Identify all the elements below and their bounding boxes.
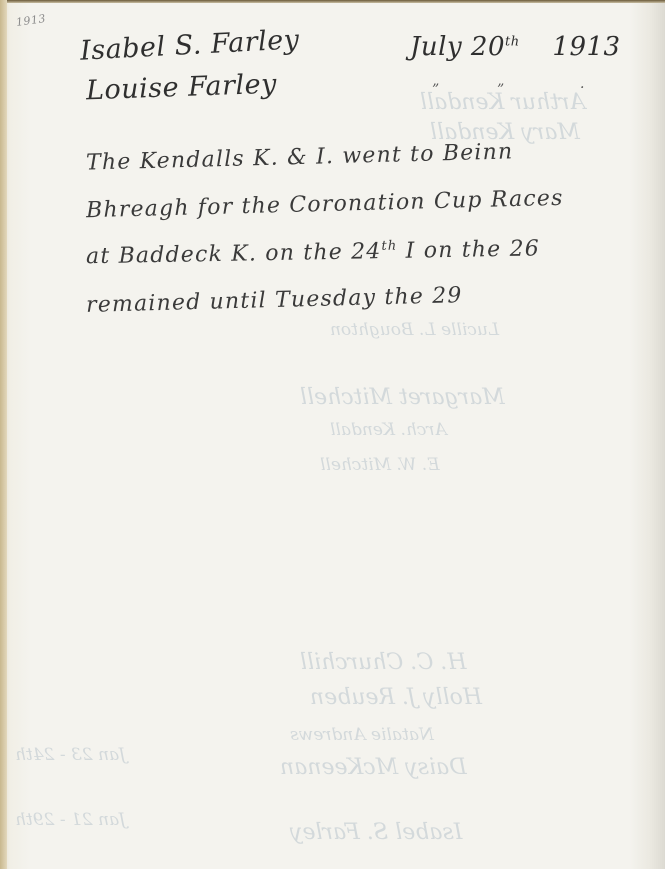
entry-line-4: remained until Tuesday the 29 xyxy=(86,283,463,318)
entry-line-3-b: I on the 26 xyxy=(397,236,540,263)
date-suffix: th xyxy=(505,34,520,49)
ditto-mark: · xyxy=(580,80,585,96)
bleed-through-text: Lucille L. Boughton xyxy=(330,320,499,340)
bleed-through-text: Jan 23 - 24th xyxy=(15,745,126,765)
date-month-day: July 20 xyxy=(410,32,505,62)
entry-line-3: at Baddeck K. on the 24th I on the 26 xyxy=(86,236,540,269)
guestbook-page: Arthur Kendall Mary Kendall Lucille L. B… xyxy=(0,0,665,869)
entry-line-3-a: at Baddeck K. on the 24 xyxy=(86,239,382,269)
bleed-through-text: Daisy McKeenan xyxy=(280,755,467,780)
bleed-through-text: Natalie Andrews xyxy=(290,725,434,745)
bleed-through-text: Arch. Kendall xyxy=(330,420,447,440)
entry-date: July 20th 1913 xyxy=(410,32,621,62)
signature-louise: Louise Farley xyxy=(86,69,278,107)
bleed-through-text: H. C. Churchill xyxy=(300,650,467,675)
signature-isabel: Isabel S. Farley xyxy=(79,24,300,66)
date-year: 1913 xyxy=(552,32,620,62)
entry-line-1: The Kendalls K. & I. went to Beinn xyxy=(86,139,514,175)
bleed-through-text: Holly J. Reuben xyxy=(310,685,482,710)
ditto-mark: ” xyxy=(432,82,440,98)
page-top-edge xyxy=(0,0,665,3)
bleed-through-text: Isabel S. Farley xyxy=(290,820,462,845)
bleed-through-text: Margaret Mitchell xyxy=(300,385,505,410)
entry-line-3-sup: th xyxy=(381,239,397,254)
page-binding-edge xyxy=(0,0,7,869)
bleed-through-text: E. W. Mitchell xyxy=(320,455,440,475)
entry-line-2: Bhreagh for the Coronation Cup Races xyxy=(86,186,564,223)
year-pencil-note: 1913 xyxy=(15,12,47,29)
ditto-mark: ” xyxy=(497,82,505,98)
bleed-through-text: Jan 21 - 29th xyxy=(15,810,126,830)
